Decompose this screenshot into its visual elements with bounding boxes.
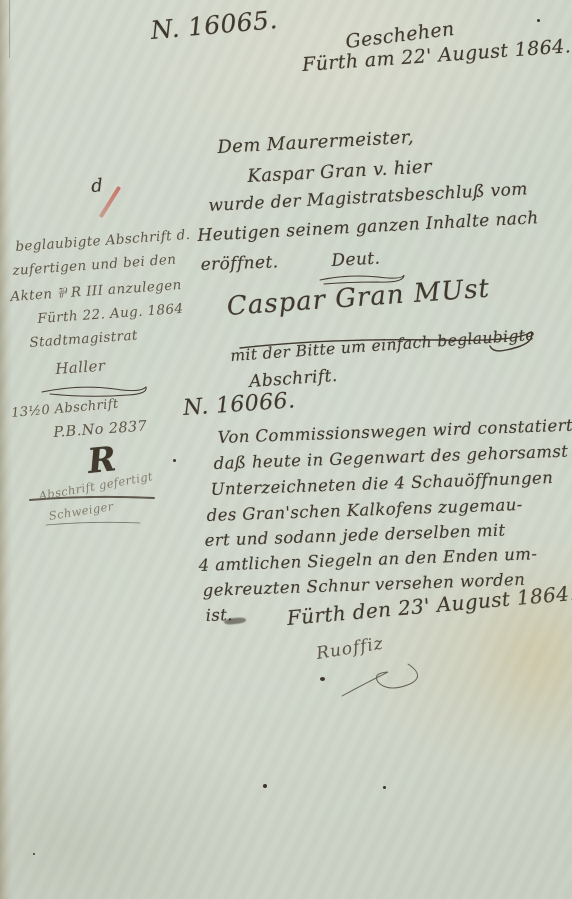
- margin-mark: d: [91, 175, 104, 197]
- entry1-number: N. 16065.: [149, 5, 278, 45]
- margin-note-line: zufertigen und bei den: [12, 252, 177, 279]
- register-number: P.B.No 2837: [53, 418, 148, 441]
- margin-note-signature: Haller: [55, 357, 106, 378]
- entry2-body-line: daß heute in Gegenwart des gehorsamst: [213, 442, 568, 473]
- ink-speck: [173, 459, 176, 462]
- paper-crease: [9, 0, 10, 58]
- entry2-body-line: Unterzeichneten die 4 Schauöffnungen: [210, 468, 553, 499]
- manuscript-page: N. 16065. Geschehen Fürth am 22' August …: [0, 0, 572, 899]
- entry1-body-line: Kaspar Gran v. hier: [247, 156, 433, 187]
- ink-speck: [33, 853, 35, 855]
- ink-speck: [320, 677, 325, 681]
- ink-speck: [537, 19, 540, 22]
- entry1-body-line: eröffnet.: [200, 252, 279, 275]
- ink-smudge: [224, 617, 247, 625]
- margin-note-line: beglaubigte Abschrift d.: [15, 227, 191, 255]
- entry2-body-line: ert und sodann jede derselben mit: [204, 521, 505, 550]
- haller-underline-flourish: [40, 382, 150, 398]
- fee-note: 13½0 Abschrift: [11, 397, 119, 421]
- entry2-number: N. 16066.: [182, 388, 296, 421]
- margin-note-authority: Stadtmagistrat: [29, 327, 138, 351]
- entry2-signature: Ruoffiz: [315, 634, 385, 664]
- entry1-body-closing: Deut.: [331, 248, 381, 271]
- ink-speck: [383, 786, 386, 789]
- entry2-body-line: Von Commissionswegen wird constatiert,: [217, 415, 572, 447]
- margin-note-line: Akten ⅌ R III anzulegen: [10, 275, 182, 305]
- margin-note-date: Fürth 22. Aug. 1864: [37, 301, 184, 327]
- copy-note-underline: [44, 520, 144, 528]
- binding-edge-shadow: [0, 0, 12, 899]
- ink-speck: [263, 784, 267, 788]
- entry1-body-line: Dem Maurermeister,: [217, 127, 414, 158]
- entry2-body-line: des Gran'schen Kalkofens zugemau-: [206, 495, 523, 525]
- entry2-signature-loop: [330, 662, 450, 702]
